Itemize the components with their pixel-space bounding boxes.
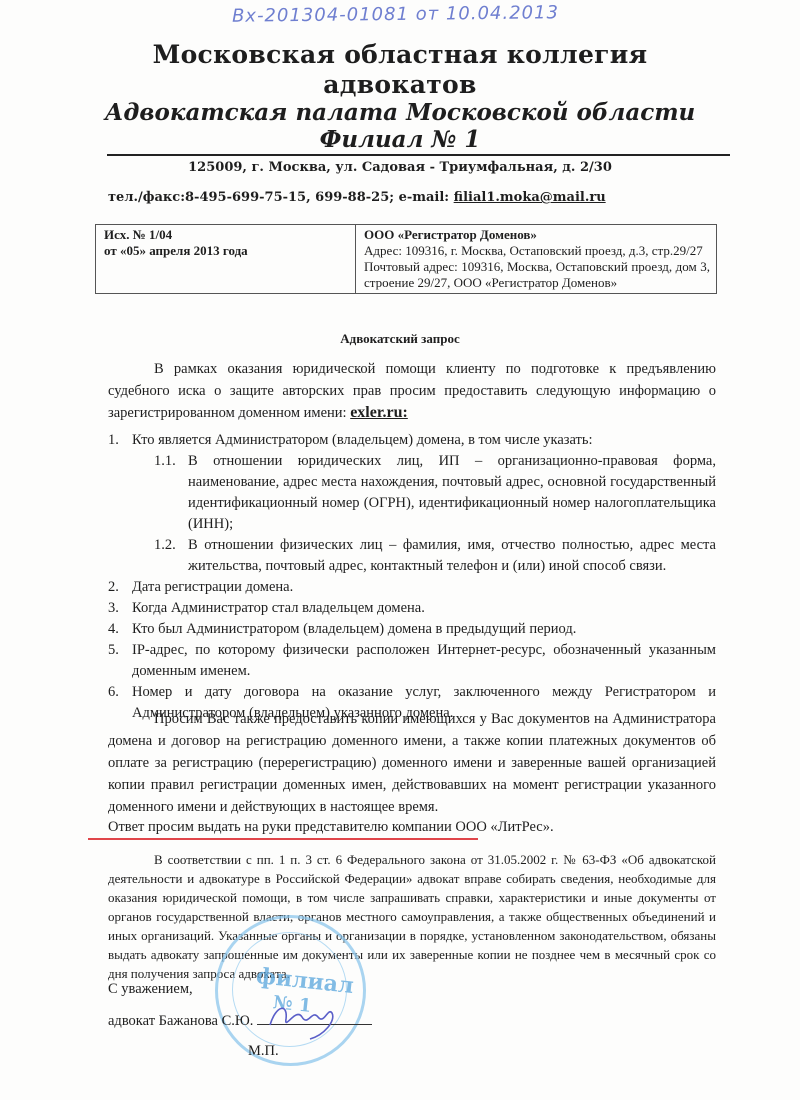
org-name-line1: Московская областная коллегия	[0, 40, 800, 69]
letterhead-rule	[107, 154, 730, 156]
request-text: Дата регистрации домена.	[132, 579, 293, 595]
request-text: Когда Администратор стал владельцем доме…	[132, 600, 425, 616]
request-number: 6.	[108, 682, 119, 703]
request-number: 4.	[108, 619, 119, 640]
signer-name: адвокат Бажанова С.Ю.	[108, 1010, 253, 1032]
subitem-text: В отношении юридических лиц, ИП – органи…	[188, 453, 716, 532]
document-title: Адвокатский запрос	[0, 331, 800, 347]
seal-placeholder: М.П.	[248, 1040, 279, 1062]
recipient-name: ООО «Регистратор Доменов»	[364, 227, 710, 243]
request-item: 5.IP-адрес, по которому физически распол…	[132, 640, 716, 682]
closing: С уважением,	[108, 978, 193, 1000]
handwritten-signature	[262, 995, 342, 1045]
subitem-number: 1.2.	[154, 535, 176, 556]
outgoing-date: от «05» апреля 2013 года	[104, 243, 349, 259]
outgoing-number: Исх. № 1/04	[104, 227, 349, 243]
org-name-line2: адвокатов	[0, 70, 800, 99]
request-number: 2.	[108, 577, 119, 598]
chamber-name: Адвокатская палата Московской области	[0, 99, 800, 126]
branch-name: Филиал № 1	[0, 126, 800, 153]
subitem-text: В отношении физических лиц – фамилия, им…	[188, 537, 716, 574]
request-text: IP-адрес, по которому физически располож…	[132, 642, 716, 679]
recipient-address: Адрес: 109316, г. Москва, Остаповский пр…	[364, 243, 710, 259]
request-item: 3.Когда Администратор стал владельцем до…	[132, 598, 716, 619]
incoming-registration-mark: Вх-201304-01081 от 10.04.2013	[232, 2, 559, 26]
request-item: 1.Кто является Администратором (владельц…	[132, 430, 716, 451]
request-list: 1.Кто является Администратором (владельц…	[132, 430, 716, 724]
request-number: 3.	[108, 598, 119, 619]
request-subitem: 1.2.В отношении физических лиц – фамилия…	[188, 535, 716, 577]
legal-basis-paragraph: В соответствии с пп. 1 п. 3 ст. 6 Федера…	[108, 850, 716, 983]
domain-name: exler.ru:	[350, 404, 408, 421]
request-number: 1.	[108, 430, 119, 451]
request-subitem: 1.1.В отношении юридических лиц, ИП – ор…	[188, 451, 716, 535]
request-number: 5.	[108, 640, 119, 661]
outgoing-cell: Исх. № 1/04 от «05» апреля 2013 года	[96, 225, 356, 294]
request-text: Кто является Администратором (владельцем…	[132, 432, 593, 448]
copies-request-paragraph: Просим Вас также предоставить копии имею…	[108, 708, 716, 818]
org-address: 125009, г. Москва, ул. Садовая - Триумфа…	[0, 160, 800, 175]
header-table: Исх. № 1/04 от «05» апреля 2013 года ООО…	[95, 224, 717, 294]
delivery-note: Ответ просим выдать на руки представител…	[108, 816, 554, 838]
recipient-cell: ООО «Регистратор Доменов» Адрес: 109316,…	[356, 225, 717, 294]
org-contacts: тел./факс:8-495-699-75-15, 699-88-25; e-…	[108, 190, 606, 205]
email-link[interactable]: filial1.moka@mail.ru	[454, 190, 606, 205]
request-text: Кто был Администратором (владельцем) дом…	[132, 621, 576, 637]
request-item: 2.Дата регистрации домена.	[132, 577, 716, 598]
red-underline	[88, 838, 478, 840]
request-item: 4.Кто был Администратором (владельцем) д…	[132, 619, 716, 640]
intro-text: В рамках оказания юридической помощи кли…	[108, 361, 716, 421]
phone-fax: тел./факс:8-495-699-75-15, 699-88-25; e-…	[108, 190, 454, 205]
recipient-postal-address: Почтовый адрес: 109316, Москва, Остаповс…	[364, 259, 710, 291]
intro-paragraph: В рамках оказания юридической помощи кли…	[108, 358, 716, 424]
subitem-number: 1.1.	[154, 451, 176, 472]
